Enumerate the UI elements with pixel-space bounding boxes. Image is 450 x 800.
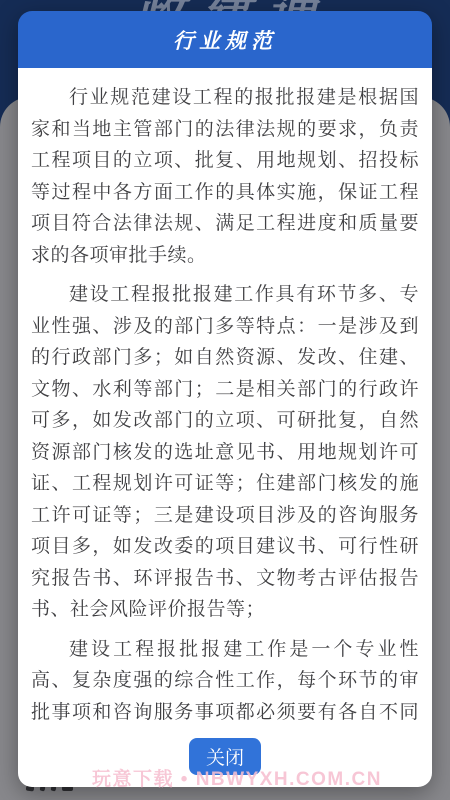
paragraph-professional: 建设工程报批报建工作是一个专业性高、复杂度强的综合性工作，每个环节的审批事项和咨… <box>31 634 419 734</box>
modal-text-scroll-area[interactable]: 行业规范建设工程的报批报建是根据国家和当地主管部门的法律法规的要求，负责工程项目… <box>31 82 419 733</box>
modal-header: 行业规范 <box>18 11 432 68</box>
screen: 政建通 行业规范 行业规范建设工程的报批报建是根据国家和当地主管部门的法律法规的… <box>0 0 450 800</box>
modal-body: 行业规范建设工程的报批报建是根据国家和当地主管部门的法律法规的要求，负责工程项目… <box>18 68 432 787</box>
industry-standards-modal: 行业规范 行业规范建设工程的报批报建是根据国家和当地主管部门的法律法规的要求，负… <box>18 11 432 787</box>
paragraph-intro: 行业规范建设工程的报批报建是根据国家和当地主管部门的法律法规的要求，负责工程项目… <box>31 82 419 271</box>
paragraph-characteristics: 建设工程报批报建工作具有环节多、专业性强、涉及的部门多等特点：一是涉及到的行政部… <box>31 279 419 626</box>
modal-title: 行业规范 <box>173 25 277 55</box>
close-button[interactable]: 关闭 <box>189 738 261 775</box>
